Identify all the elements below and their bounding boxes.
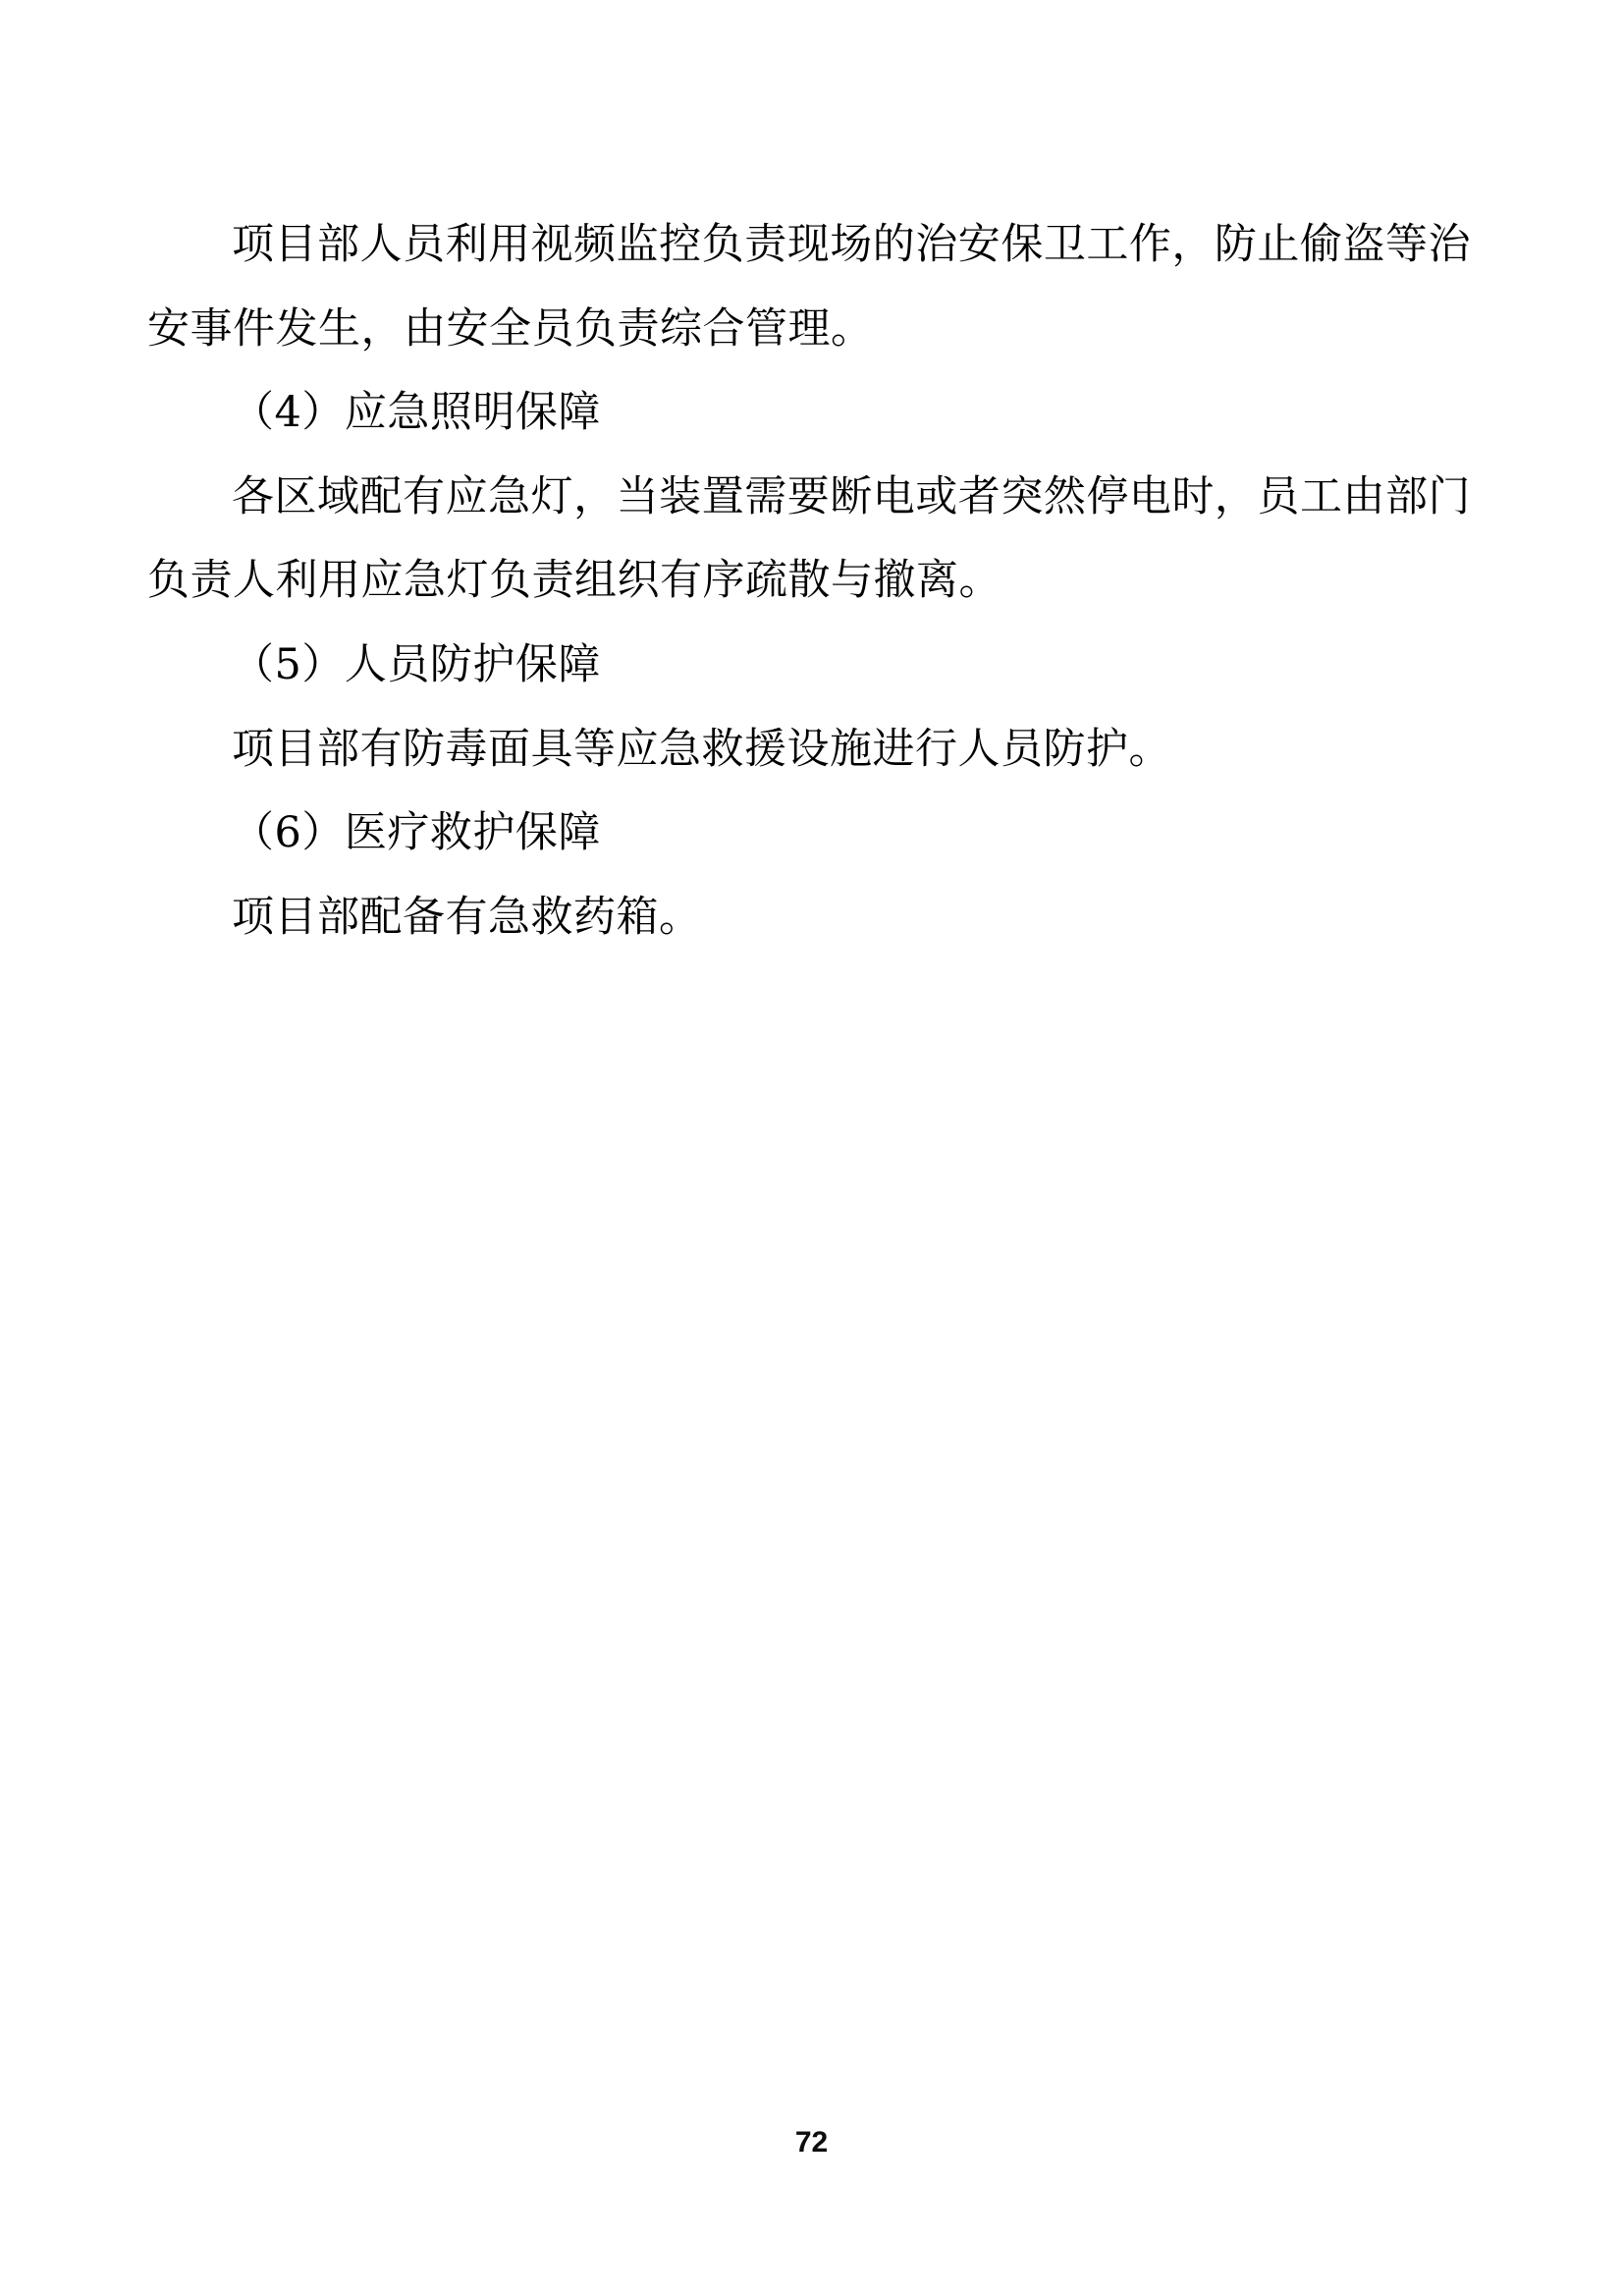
paragraph-medical-rescue: 项目部配备有急救药箱。 xyxy=(147,876,1471,960)
heading-medical-rescue: （6）医疗救护保障 xyxy=(147,792,1471,876)
page-number: 72 xyxy=(795,2126,828,2159)
heading-personnel-protection: （5）人员防护保障 xyxy=(147,624,1471,708)
document-body: 项目部人员利用视频监控负责现场的治安保卫工作，防止偷盗等治安事件发生，由安全员负… xyxy=(147,203,1471,959)
paragraph-emergency-lighting: 各区域配有应急灯，当装置需要断电或者突然停电时，员工由部门负责人利用应急灯负责组… xyxy=(147,456,1471,624)
paragraph-security-monitoring: 项目部人员利用视频监控负责现场的治安保卫工作，防止偷盗等治安事件发生，由安全员负… xyxy=(147,203,1471,371)
document-page: 项目部人员利用视频监控负责现场的治安保卫工作，防止偷盗等治安事件发生，由安全员负… xyxy=(0,0,1623,2296)
paragraph-personnel-protection: 项目部有防毒面具等应急救援设施进行人员防护。 xyxy=(147,708,1471,793)
page-footer: 72 xyxy=(0,2126,1623,2159)
heading-emergency-lighting: （4）应急照明保障 xyxy=(147,371,1471,456)
